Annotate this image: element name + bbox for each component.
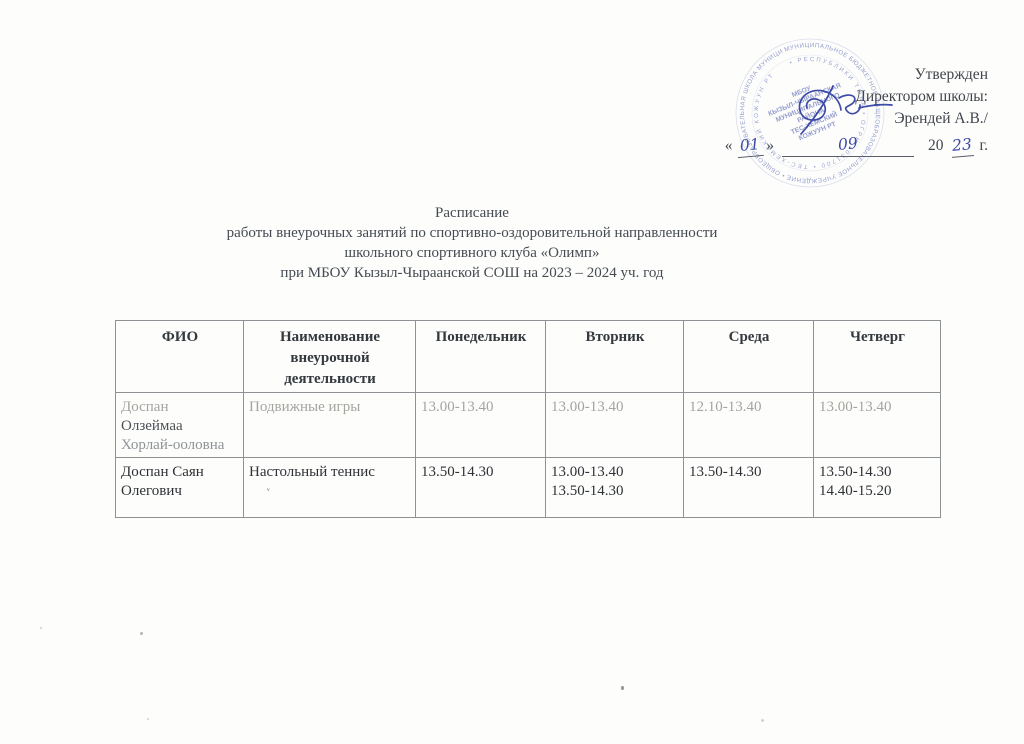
header-wednesday: Среда — [684, 321, 814, 393]
cell-fio: Доспан Саян Олегович — [116, 458, 244, 518]
cell-activity: Настольный теннис ᵥ — [244, 458, 416, 518]
cell-tuesday: 13.00-13.40 13.50-14.30 — [546, 458, 684, 518]
scan-speck — [761, 719, 764, 722]
date-year-printed: 20 — [928, 135, 944, 157]
date-suffix: г. — [980, 135, 988, 157]
cell-wednesday: 12.10-13.40 — [684, 393, 814, 458]
header-monday: Понедельник — [416, 321, 546, 393]
stray-pen-mark: ᵥ — [249, 482, 411, 492]
cell-wednesday: 13.50-14.30 — [684, 458, 814, 518]
scan-speck — [140, 632, 143, 635]
header-fio: ФИО — [116, 321, 244, 393]
header-thursday: Четверг — [814, 321, 941, 393]
cell-monday: 13.00-13.40 — [416, 393, 546, 458]
director-signature — [775, 82, 945, 138]
title-line-2: работы внеурочных занятий по спортивно-о… — [0, 223, 944, 243]
cell-fio: Доспан Олзеймаа Хорлай-ооловна — [116, 393, 244, 458]
scan-speck — [40, 627, 42, 629]
scan-speck — [621, 686, 624, 690]
cell-monday: 13.50-14.30 — [416, 458, 546, 518]
table-header-row: ФИО Наименование внеурочной деятельности… — [116, 321, 941, 393]
header-activity: Наименование внеурочной деятельности — [244, 321, 416, 393]
schedule-table: ФИО Наименование внеурочной деятельности… — [115, 320, 941, 518]
header-tuesday: Вторник — [546, 321, 684, 393]
cell-thursday: 13.50-14.30 14.40-15.20 — [814, 458, 941, 518]
document-title: Расписание работы внеурочных занятий по … — [0, 203, 944, 283]
table-row: Доспан Саян Олегович Настольный теннис ᵥ… — [116, 458, 941, 518]
table-row: Доспан Олзеймаа Хорлай-ооловна Подвижные… — [116, 393, 941, 458]
scan-speck — [147, 718, 149, 720]
title-line-4: при МБОУ Кызыл-Чыраанской СОШ на 2023 – … — [0, 263, 944, 283]
cell-tuesday: 13.00-13.40 — [546, 393, 684, 458]
cell-thursday: 13.00-13.40 — [814, 393, 941, 458]
title-line-3: школьного спортивного клуба «Олимп» — [0, 243, 944, 263]
cell-activity: Подвижные игры — [244, 393, 416, 458]
date-year-handwritten: 23 — [950, 133, 974, 158]
title-line-1: Расписание — [0, 203, 944, 223]
